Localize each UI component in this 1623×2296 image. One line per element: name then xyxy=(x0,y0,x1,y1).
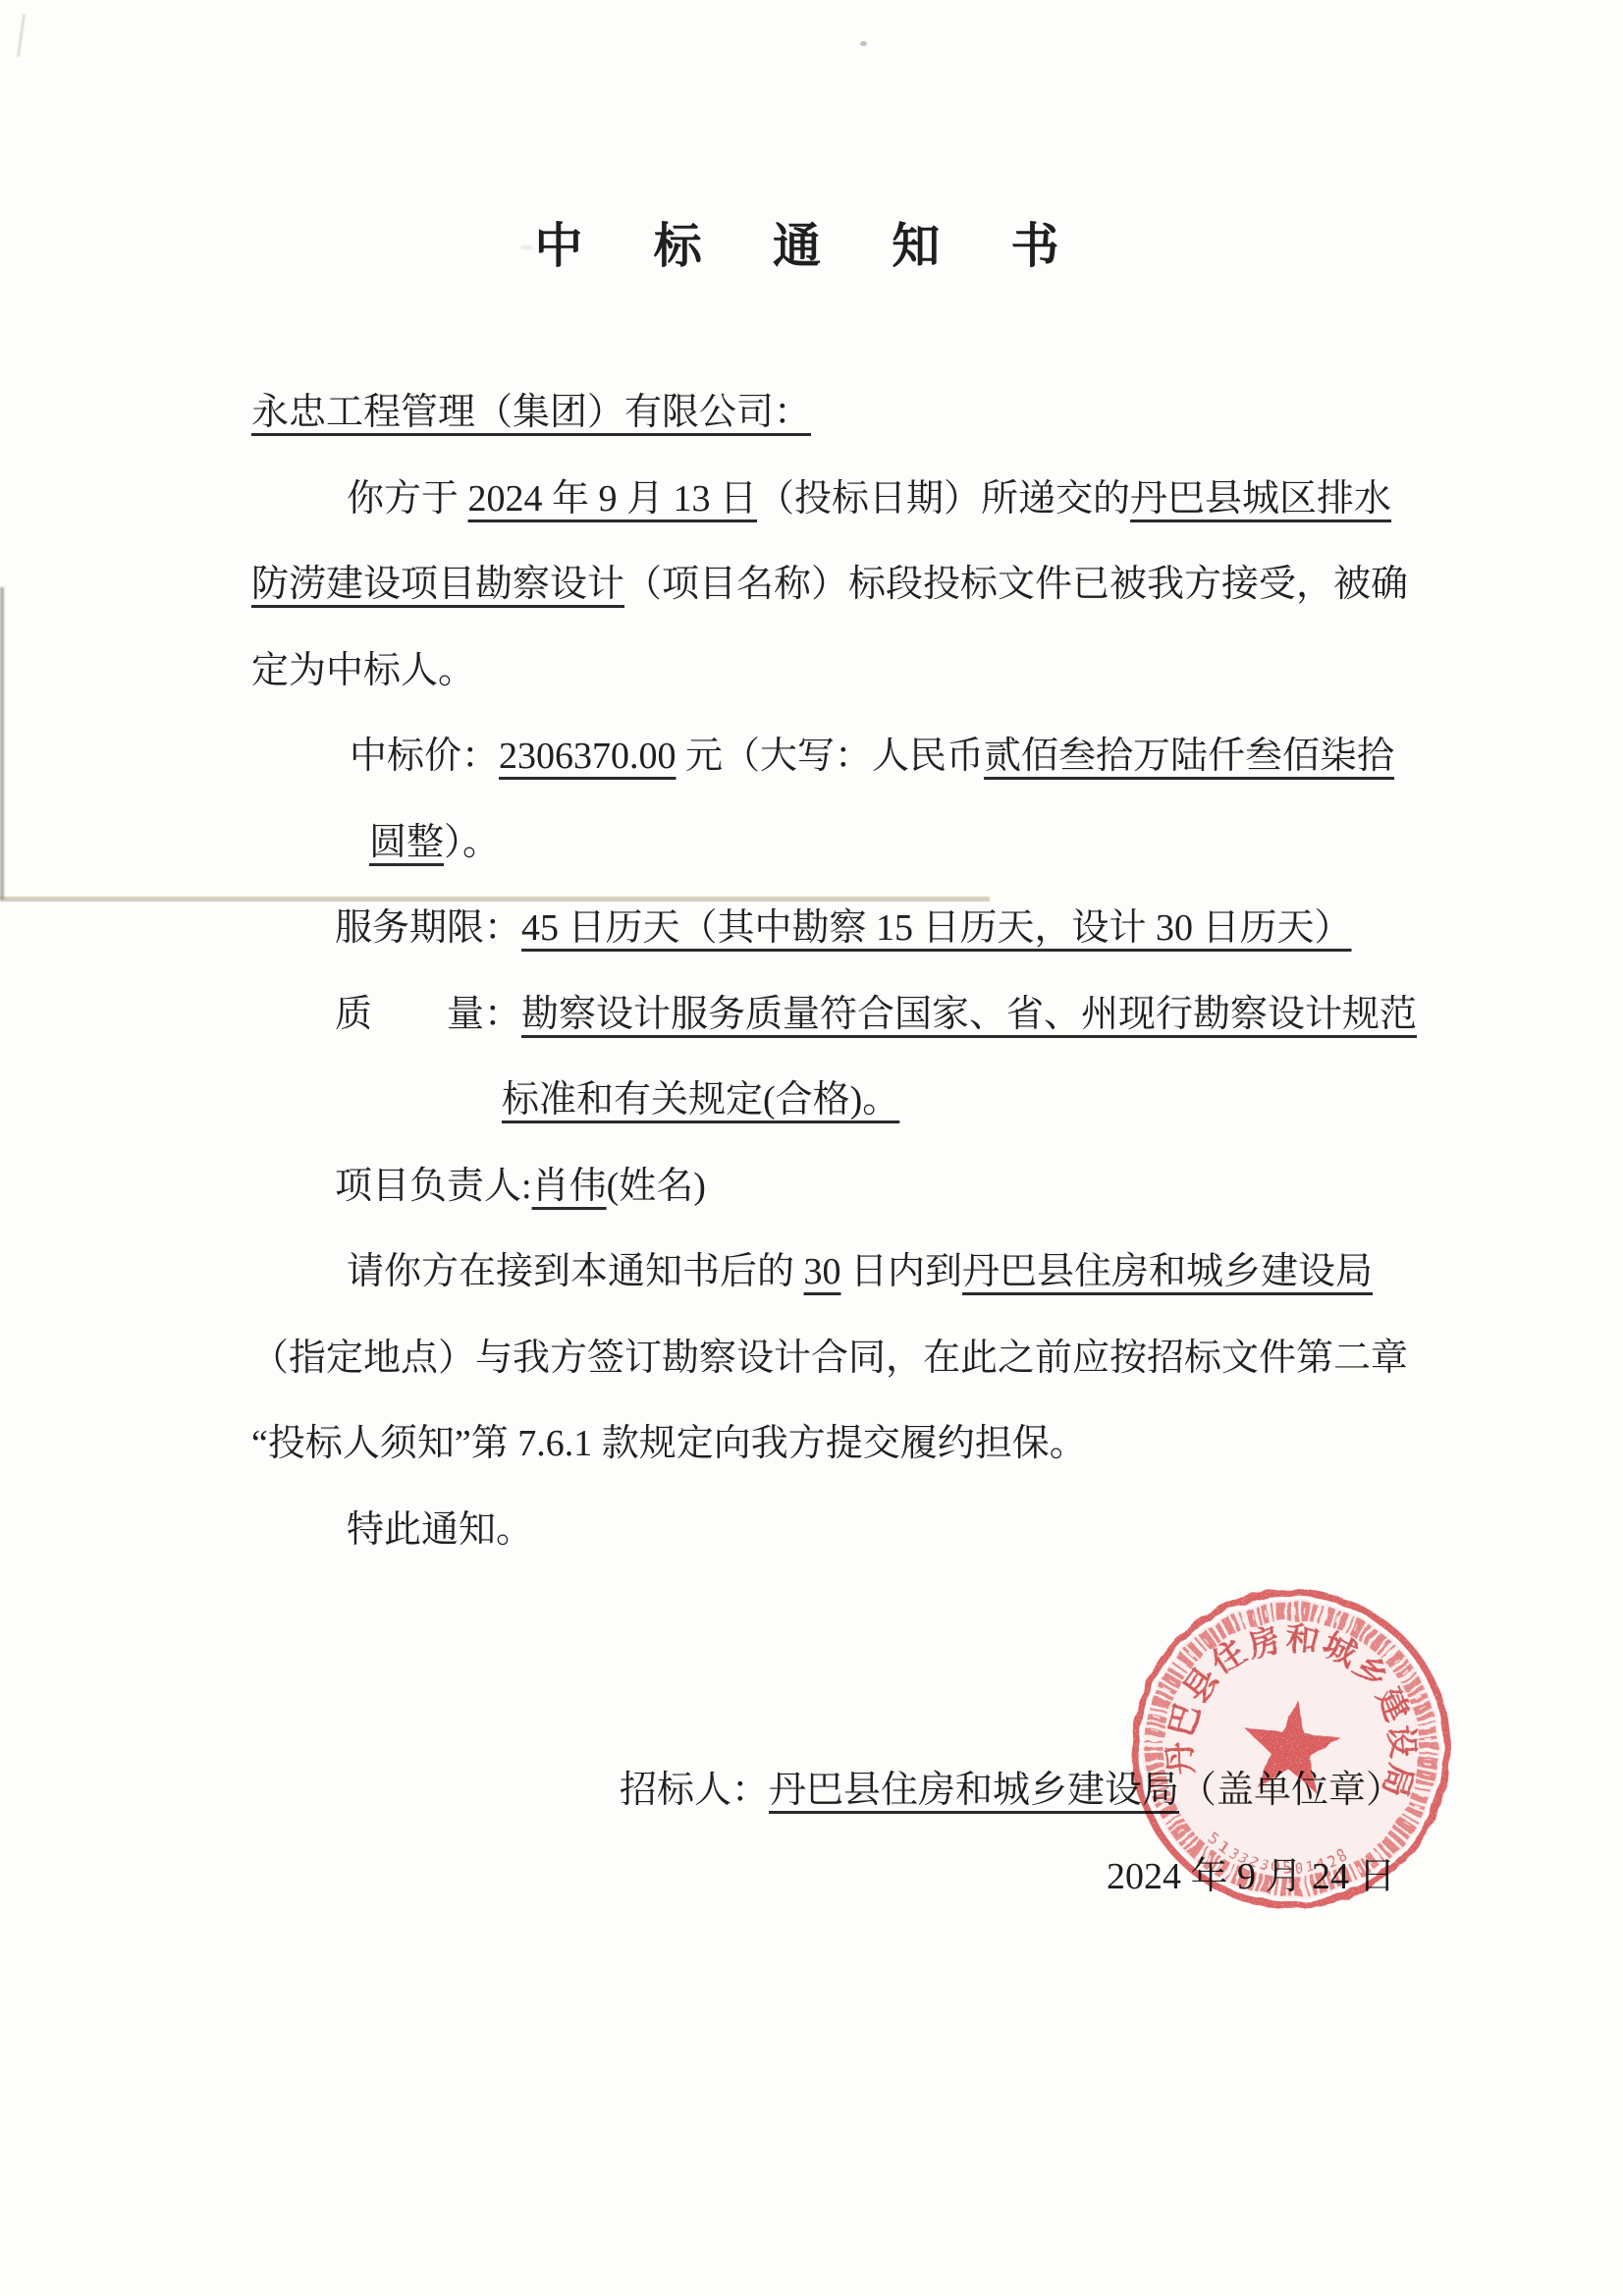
text: 服务期限： xyxy=(335,907,521,949)
underlined-text: 标准和有关规定(合格)。 xyxy=(502,1079,899,1121)
scan-shadow-line xyxy=(0,897,990,902)
text: 日内到 xyxy=(841,1251,963,1292)
text: (姓名) xyxy=(607,1166,706,1207)
scan-edge-shadow xyxy=(0,587,4,900)
text: 元（大写：人民币 xyxy=(676,736,985,777)
text: 你方于 xyxy=(347,478,468,519)
official-seal: 丹巴县住房和城乡建设局 5133230501428 xyxy=(1108,1565,1475,1933)
scanned-document-page: 中 标 通 知 书 永忠工程管理（集团）有限公司：你方于 2024 年 9 月 … xyxy=(0,0,1623,2296)
text: ）。 xyxy=(444,822,500,863)
text: 特此通知。 xyxy=(347,1509,533,1551)
text: 招标人： xyxy=(620,1770,769,1811)
underlined-text: 勘察设计服务质量符合国家、省、州现行勘察设计规范 xyxy=(521,994,1417,1035)
text: 中标价： xyxy=(350,736,499,777)
underlined-text: 贰佰叁拾万陆仟叁佰柒拾 xyxy=(984,736,1394,777)
paragraph: 项目负责人:肖伟(姓名) xyxy=(251,1144,1479,1230)
text: （投标日期）所递交的 xyxy=(757,478,1130,519)
scan-speck xyxy=(860,41,867,46)
text: 项目负责人: xyxy=(335,1166,532,1207)
text: “投标人须知”第 7.6.1 款规定向我方提交履约担保。 xyxy=(251,1423,1087,1464)
paragraph: 定为中标人。 xyxy=(251,629,1479,715)
paragraph: （指定地点）与我方签订勘察设计合同，在此之前应按招标文件第二章 xyxy=(251,1316,1479,1402)
underlined-text: 永忠工程管理（集团）有限公司： xyxy=(251,392,811,433)
scan-speck xyxy=(520,246,534,249)
text: 请你方在接到本通知书后的 xyxy=(347,1251,804,1292)
document-title: 中 标 通 知 书 xyxy=(0,208,1623,277)
text: 质 量： xyxy=(335,994,521,1035)
paragraph: 标准和有关规定(合格)。 xyxy=(251,1058,1479,1144)
paragraph: 特此通知。 xyxy=(251,1488,1479,1574)
paragraph: 质 量：勘察设计服务质量符合国家、省、州现行勘察设计规范 xyxy=(251,972,1479,1059)
paragraph: 圆整）。 xyxy=(251,800,1479,887)
underlined-text: 30 xyxy=(804,1251,841,1292)
paragraph: 永忠工程管理（集团）有限公司： xyxy=(251,370,1479,457)
paragraph: 你方于 2024 年 9 月 13 日（投标日期）所递交的丹巴县城区排水 xyxy=(251,457,1479,543)
underlined-text: 丹巴县住房和城乡建设局 xyxy=(962,1251,1373,1292)
text: （项目名称）标段投标文件已被我方接受，被确 xyxy=(624,564,1408,605)
text: （指定地点）与我方签订勘察设计合同，在此之前应按招标文件第二章 xyxy=(251,1338,1408,1379)
underlined-text: 丹巴县城区排水 xyxy=(1130,478,1391,519)
scan-speck xyxy=(17,14,26,57)
underlined-text: 2306370.00 xyxy=(499,736,676,777)
paragraph: 请你方在接到本通知书后的 30 日内到丹巴县住房和城乡建设局 xyxy=(251,1230,1479,1316)
underlined-text: 肖伟 xyxy=(532,1166,607,1207)
text: 定为中标人。 xyxy=(251,650,475,691)
paragraph: 中标价：2306370.00 元（大写：人民币贰佰叁拾万陆仟叁佰柒拾 xyxy=(251,714,1479,800)
underlined-text: 圆整 xyxy=(369,822,444,863)
paragraph: 防涝建设项目勘察设计（项目名称）标段投标文件已被我方接受，被确 xyxy=(251,542,1479,629)
paragraph: “投标人须知”第 7.6.1 款规定向我方提交履约担保。 xyxy=(251,1401,1479,1488)
underlined-text: 2024 年 9 月 13 日 xyxy=(468,478,758,519)
underlined-text: 45 日历天（其中勘察 15 日历天，设计 30 日历天） xyxy=(521,907,1352,949)
underlined-text: 防涝建设项目勘察设计 xyxy=(251,564,624,605)
